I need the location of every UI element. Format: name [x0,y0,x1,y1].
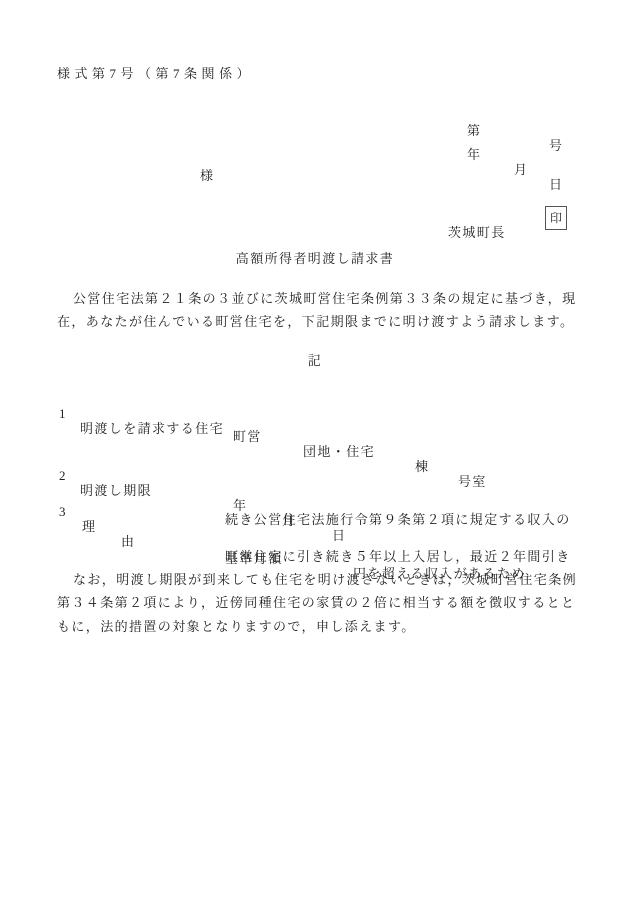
item-3-reason-line-3: 基準月額 円を超える収入があるため [0,536,630,596]
intro-paragraph-line-1: 公営住宅法第２１条の３並びに茨城町営住宅条例第３３条の規定に基づき，現 [73,291,576,306]
closing-paragraph-line-1: なお，明渡し期限が到来しても住宅を明け渡さないときは，茨城町営住宅条例 [73,572,577,587]
date-month-label: 月 [514,162,528,177]
item-3-reason-line-3-prefix: 基準月額 [225,551,283,566]
item-3-label-part-1: 理 [82,519,96,534]
intro-paragraph-line-2: 在，あなたが住んでいる町営住宅を，下記期限までに明け渡すよう請求します。 [57,314,574,329]
item-1-choei-label: 町営 [233,429,262,444]
closing-paragraph-line-3: もに，法的措置の対象となりますので，申し添えます。 [57,619,416,634]
closing-paragraph-line-2: 第３４条第２項により，近傍同種住宅の家賃の２倍に相当する額を徴収するとと [57,595,575,610]
ki-marker: 記 [0,353,630,368]
date-year-label: 年 [467,147,481,162]
item-3-reason-line-2: 続き公営住宅法施行令第９条第２項に規定する収入の [225,512,571,527]
date-line: 年 月 日 [0,132,630,207]
date-day-label: 日 [549,177,563,192]
document-title: 高額所得者明渡し請求書 [0,251,630,266]
addressee-sama-label: 様 [200,168,214,183]
sender-title: 茨城町長 [448,225,506,240]
item-2-number: 2 [59,468,67,483]
document-page: 様式第7号（第7条関係） 第 号 年 月 日 様 茨城町長 印 高額所得者明渡し… [0,0,630,915]
sender-line: 茨城町長 [0,210,630,255]
seal-mark-box: 印 [545,206,567,230]
form-number-label: 様式第7号（第7条関係） [57,66,254,81]
item-3-number: 3 [59,504,67,519]
